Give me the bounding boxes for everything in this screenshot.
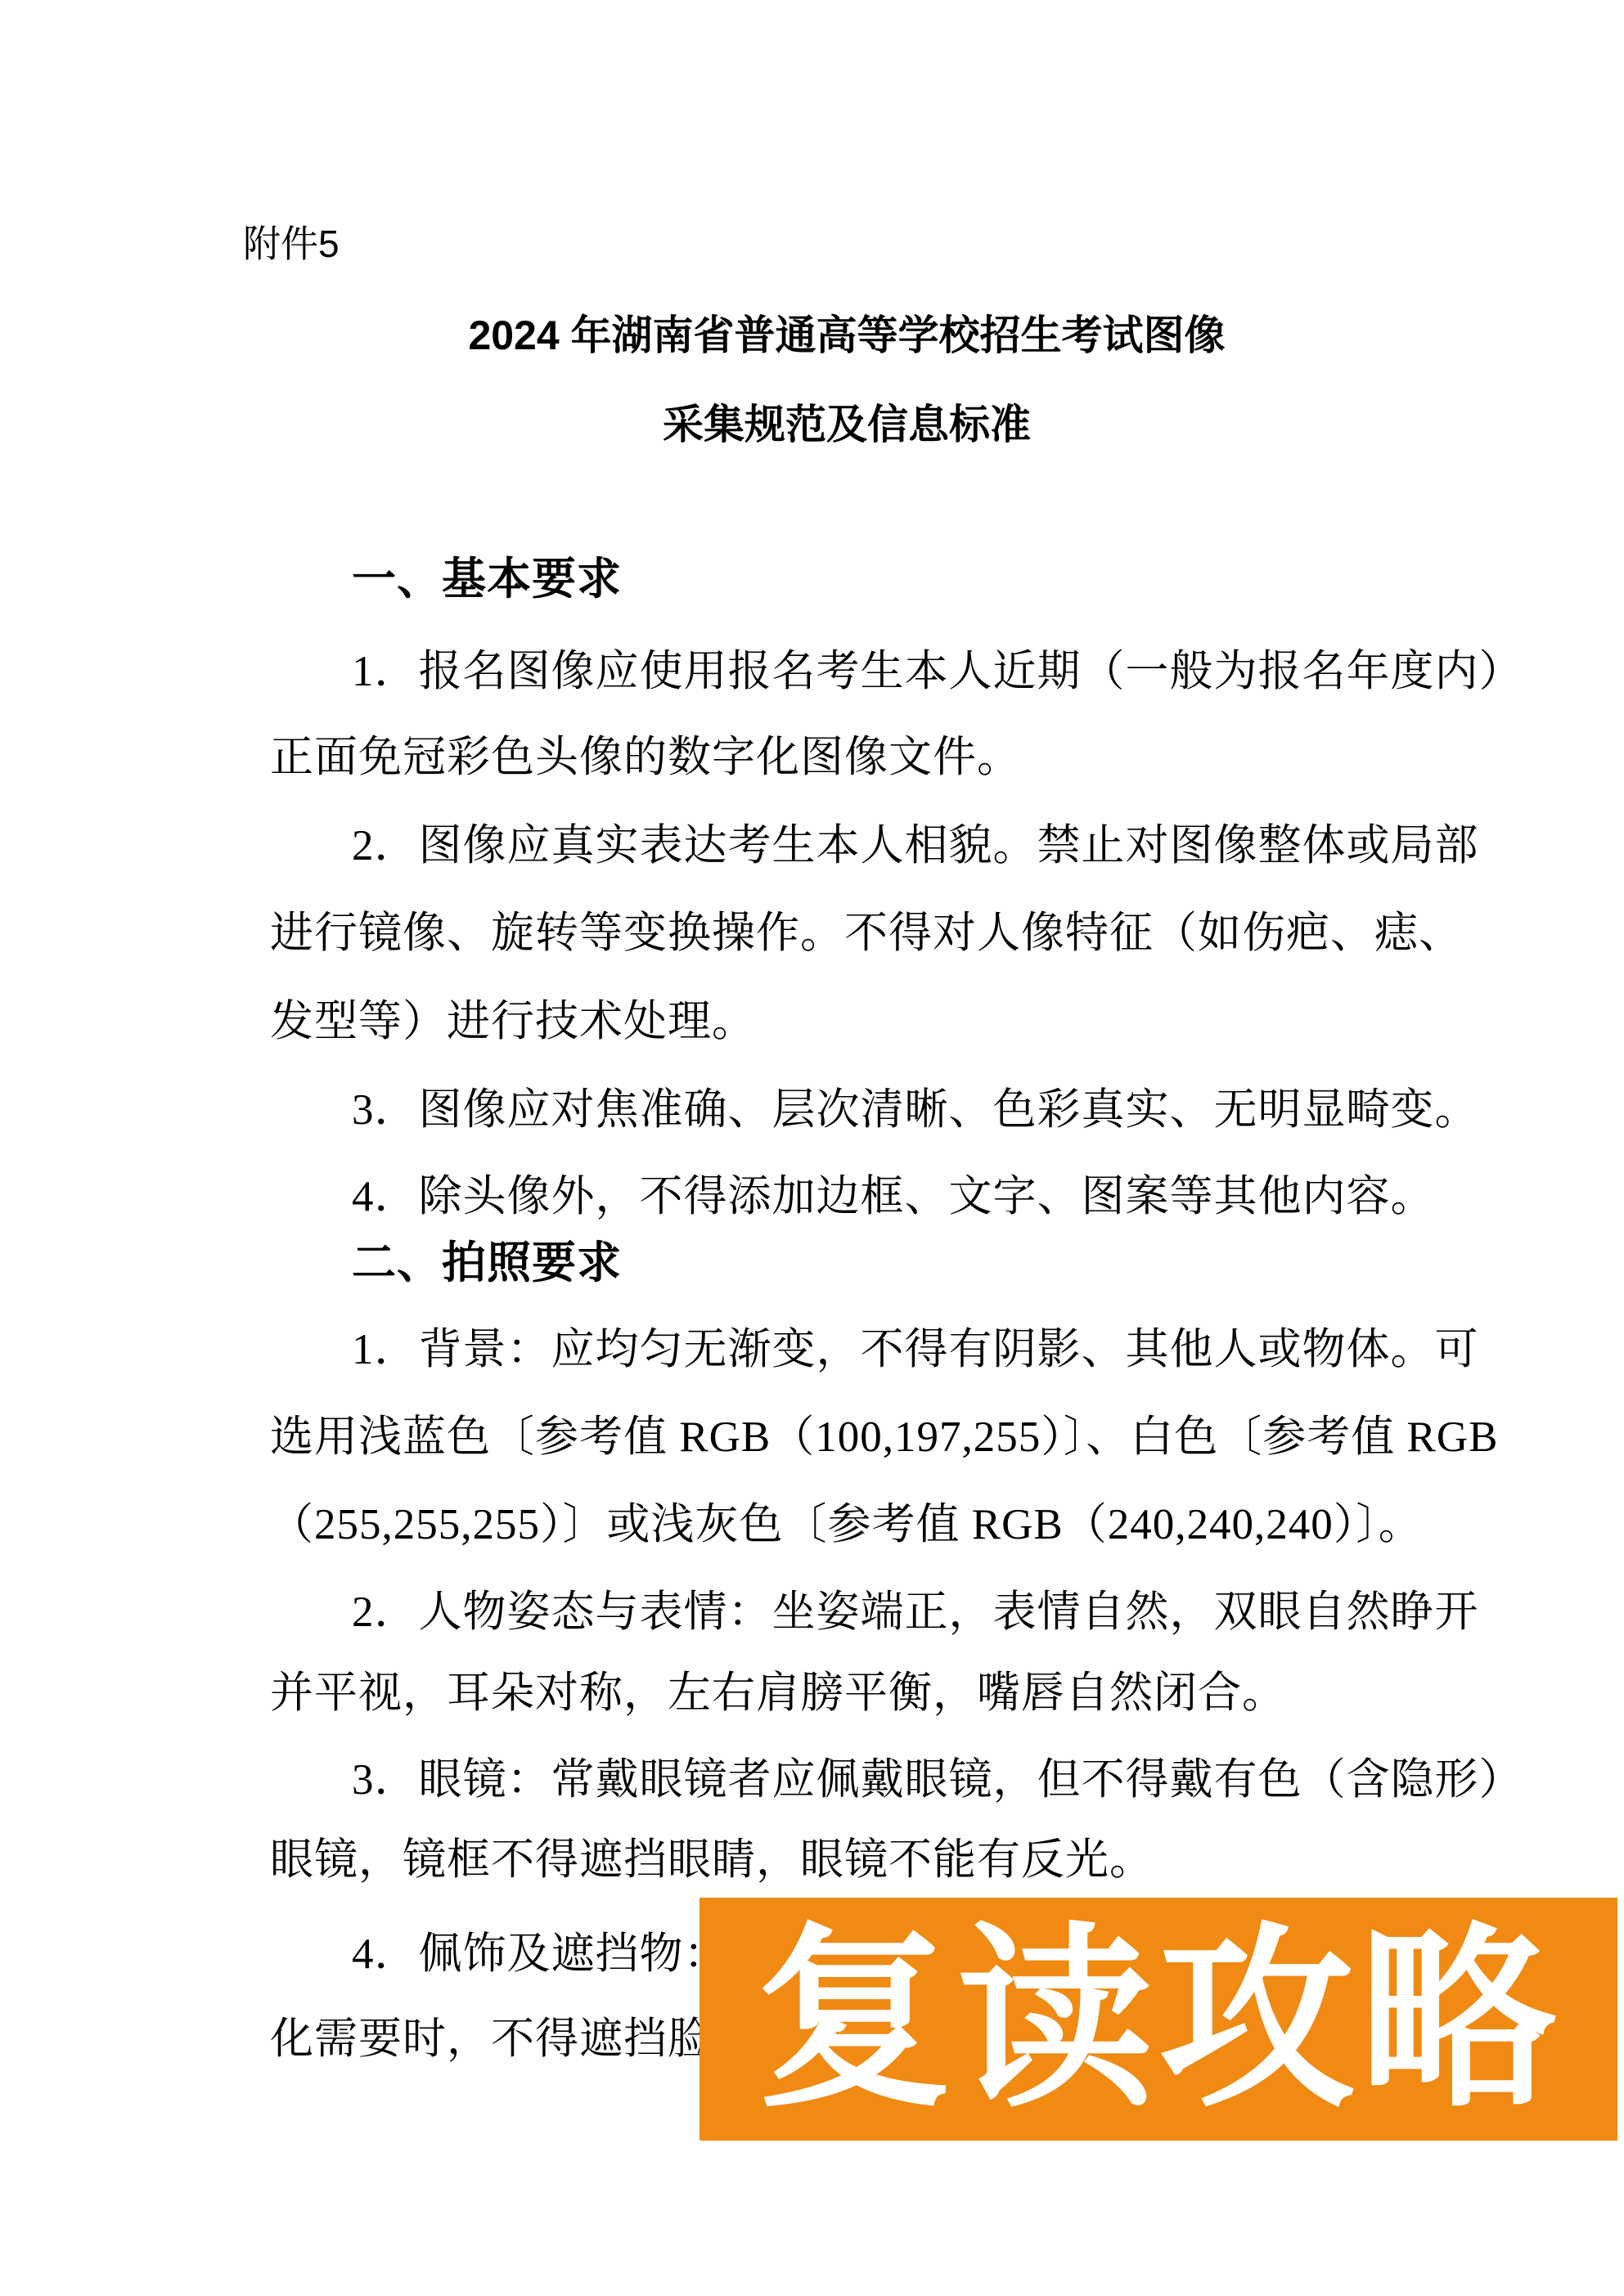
attachment-label: 附件5: [243, 214, 340, 268]
document-line: 正面免冠彩色头像的数字化图像文件。: [270, 733, 1021, 782]
document-line: 3．眼镜：常戴眼镜者应佩戴眼镜，但不得戴有色（含隐形）: [352, 1755, 1523, 1804]
document-line: （255,255,255）〕或浅灰色〔参考值 RGB（240,240,240）〕…: [270, 1500, 1423, 1549]
document-line: 3．图像应对焦准确、层次清晰、色彩真实、无明显畸变。: [352, 1085, 1479, 1135]
document-line: 发型等）进行技术处理。: [270, 997, 756, 1046]
document-page: 附件5 2024 年湖南省普通高等学校招生考试图像 采集规范及信息标准 一、基本…: [0, 0, 1624, 2296]
document-line: 4．佩饰及遮挡物：: [352, 1930, 728, 1979]
watermark-text: 复读攻略: [756, 1921, 1561, 2118]
watermark-banner: 复读攻略: [700, 1898, 1617, 2141]
document-title-line1: 2024 年湖南省普通高等学校招生考试图像: [270, 303, 1424, 362]
document-line: 1．背景：应均匀无渐变，不得有阴影、其他人或物体。可: [352, 1325, 1479, 1374]
document-line: 进行镜像、旋转等变换操作。不得对人像特征（如伤疤、痣、: [270, 909, 1463, 958]
document-line: 眼镜，镜框不得遮挡眼睛，眼镜不能有反光。: [270, 1835, 1154, 1885]
document-line: 2．人物姿态与表情：坐姿端正，表情自然，双眼自然睁开: [352, 1588, 1479, 1637]
document-line: 选用浅蓝色〔参考值 RGB（100,197,255）〕、白色〔参考值 RGB: [270, 1413, 1498, 1462]
section-heading: 一、基本要求: [352, 555, 622, 604]
document-line: 1．报名图像应使用报名考生本人近期（一般为报名年度内）: [352, 647, 1523, 696]
document-line: 并平视，耳朵对称，左右肩膀平衡，嘴唇自然闭合。: [270, 1669, 1286, 1718]
document-line: 4．除头像外，不得添加边框、文字、图案等其他内容。: [352, 1172, 1435, 1221]
document-line: 2．图像应真实表达考生本人相貌。禁止对图像整体或局部: [352, 821, 1479, 870]
document-title-line2: 采集规范及信息标准: [270, 392, 1424, 451]
document-line: 化需要时，不得遮挡脸部: [270, 2015, 756, 2064]
section-heading: 二、拍照要求: [352, 1238, 622, 1287]
